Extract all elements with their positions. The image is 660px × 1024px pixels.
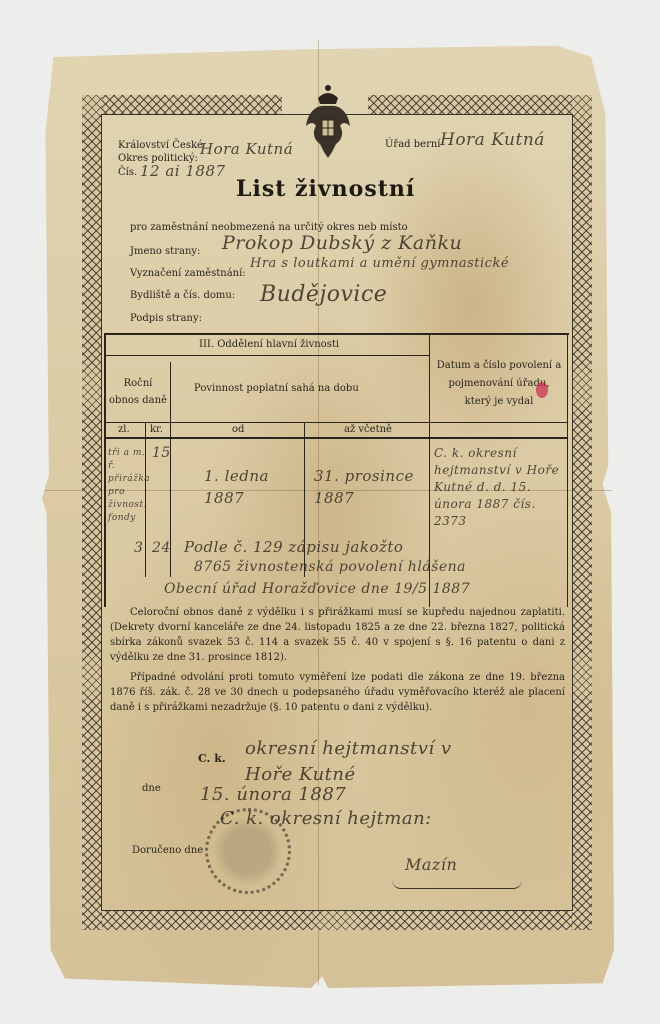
double-headed-eagle-icon — [300, 80, 356, 164]
name-value: Prokop Dubský z Kaňku — [222, 232, 462, 254]
legal-paragraph-2: Případné odvolání proti tomuto vyměření … — [110, 670, 565, 715]
occupation-label: Vyznačení zaměstnání: — [130, 268, 246, 279]
tax-table: III. Oddělení hlavní živnosti Roční obno… — [104, 333, 569, 605]
row-zl-value: tři a m. ř. přirážka pro živnost. fondy — [108, 447, 146, 525]
note-3: Obecní úřad Horažďovice dne 19/5 1887 — [164, 581, 470, 597]
tax-office-label: Úřad berní — [385, 139, 441, 150]
tax-office-value: Hora Kutná — [440, 130, 550, 150]
sub-kr: kr. — [150, 424, 163, 435]
political-district-value: Hora Kutná — [200, 140, 293, 158]
sub-to: až včetně — [344, 424, 392, 435]
total-kr-value: 24 — [152, 540, 171, 556]
col-tax-header: Roční obnos daně — [109, 375, 167, 409]
delivered-label: Doručeno dne — [132, 845, 203, 856]
number-value: 12 ai 1887 — [140, 162, 226, 180]
ck-label: C. k. — [198, 752, 226, 765]
sub-from: od — [232, 424, 244, 435]
total-zl-value: 3 — [134, 540, 143, 556]
red-ink-mark — [536, 382, 548, 398]
signature-flourish — [392, 880, 522, 889]
row-to-value: 31. prosince 1887 — [314, 465, 424, 509]
note-1: Podle č. 129 zápisu jakožto — [184, 538, 403, 556]
residence-label: Bydliště a čís. domu: — [130, 290, 235, 301]
occupation-value: Hra s loutkami a umění gymnastické — [250, 256, 510, 271]
ornamental-border-top-right — [368, 95, 592, 115]
number-label: Čís. — [118, 167, 137, 178]
row-from-value: 1. ledna 1887 — [204, 465, 294, 509]
legal-paragraph-1: Celoroční obnos daně z výdělku i s přirá… — [110, 605, 565, 665]
ornamental-border-bottom — [82, 910, 592, 930]
official-seal-icon — [205, 808, 291, 894]
section-header: III. Oddělení hlavní živnosti — [199, 339, 339, 350]
sub-zl: zl. — [118, 424, 130, 435]
signature-label: Podpis strany: — [130, 313, 202, 324]
note-2: 8765 živnostenská povolení hlášena — [194, 559, 466, 575]
signature: Mazín — [405, 855, 457, 874]
ornamental-border-right — [572, 95, 592, 930]
ornamental-border-top-left — [82, 95, 282, 115]
row-issued-value: C. k. okresní hejtmanství v Hoře Kutné d… — [434, 445, 564, 530]
date-value: 15. února 1887 — [200, 784, 346, 805]
col-period-header: Povinnost poplatní sahá na dobu — [194, 383, 359, 394]
date-label: dne — [142, 783, 161, 794]
ck-value: okresní hejtmanství v Hoře Kutné — [245, 736, 505, 788]
name-label: Jmeno strany: — [130, 246, 200, 257]
ornamental-border-left — [82, 95, 102, 930]
row-kr-value: 15 — [152, 445, 171, 461]
kingdom-label: Království České — [118, 140, 203, 151]
document-title: List živnostní — [236, 176, 415, 202]
residence-value: Budějovice — [260, 282, 387, 307]
